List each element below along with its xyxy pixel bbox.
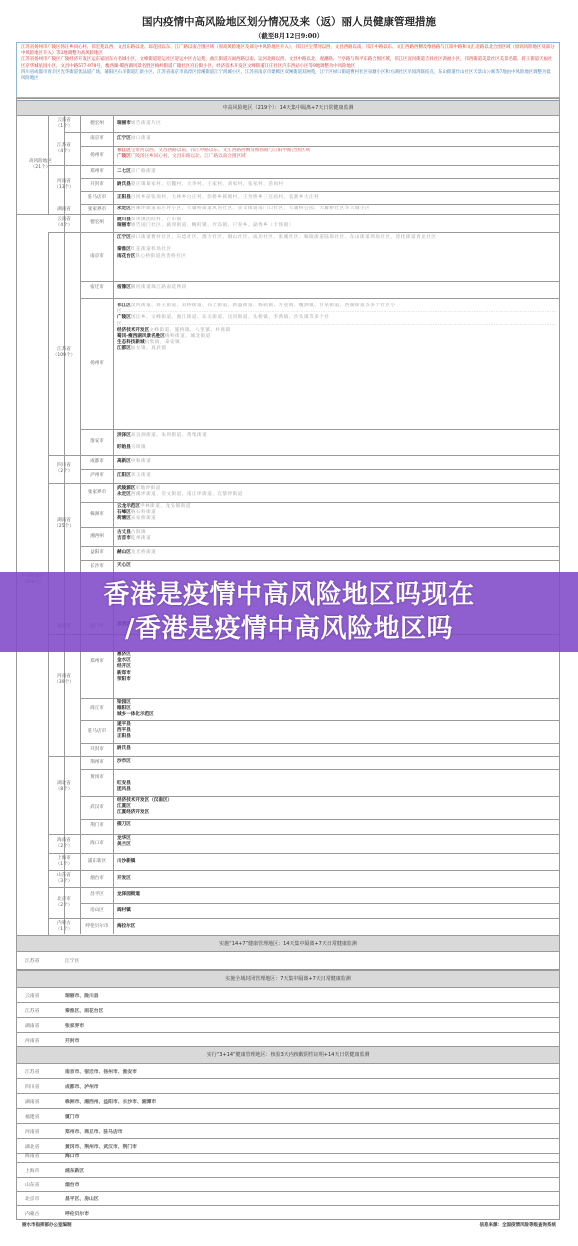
city-cell: 驻马店市 (81, 721, 113, 743)
caption-line-2: /香港是疫情中高风险地区吗 (125, 612, 453, 646)
city-cell: 湘西州 (81, 528, 113, 546)
city-cell: 昌平区 (81, 888, 113, 902)
area-detail: 海拉尔区 (117, 924, 557, 930)
area-detail: 永定区西溪坪街道南庄坪小区、大庸桥街道风湾社区、崇文街道南门口社区、大庸桥公园、… (117, 206, 557, 212)
area-detail: 宿豫区顺河街道珠江路南延伸段 (117, 285, 557, 291)
row-divider (80, 178, 559, 179)
table-row: 福建省厦门市 (17, 1109, 559, 1124)
city-cell: 扬州市 (81, 147, 113, 165)
city-cell: 益阳市 (81, 547, 113, 559)
area-detail: 高新区中和街道 (117, 459, 557, 465)
area-detail: 正阳县吕河乡前张岗村、大林乡白庄村、彭桥乡韩围村、王勿桥乡三官庙村、袁寨乡大庄村 (117, 195, 557, 201)
province-cell: 云南省 （4个） (48, 215, 80, 231)
row-divider (80, 146, 559, 147)
footer-compiler: 丽水市指挥部办公室编制 (22, 1222, 72, 1228)
area-detail: 云龙示范区学林街道、龙头铺街道石峰区响石岭街道荷塘区宋家桥街道 (117, 504, 557, 523)
row-divider (48, 853, 559, 854)
notice-low-risk-update: 四川省成都市青羊区光华街道优品道广场，蒲阳区石羊街道汇新小区，江苏省南京市高淳区… (21, 70, 555, 82)
area-detail: 红安县团风县 (117, 781, 557, 793)
row-divider (80, 469, 559, 470)
city-cell: 扬州市 (81, 299, 113, 429)
area-detail: 掇刀区 (117, 822, 557, 828)
city-cell: 商丘市 (81, 699, 113, 719)
area-detail: 尉氏县 (117, 746, 557, 752)
city-cell: 株洲市 (81, 503, 113, 527)
city-cell: 荆州市 (81, 757, 113, 769)
area-detail: 江阳区邻玉街道 (117, 473, 557, 479)
row-divider (80, 527, 559, 528)
notice-high-risk-update: 江苏省扬州市广陵区汤汪乡同心村、邗宏苑以西、文昌东路以北、琼花园以东、江广路以南… (21, 45, 555, 57)
province-cell: 北京市 （2个） (48, 888, 80, 918)
area-detail: 古丈县古阳镇吉首市乾州街道 (117, 530, 557, 542)
area-detail: 邗江区宝带河以西、文昌西路以南、邗江中路以东、文汇西路西侧及维扬路与江阳中路合围… (117, 148, 557, 160)
document-title: 国内疫情中高风险地区划分情况及来（返）丽人员健康管理措施 (0, 14, 578, 29)
area-detail: 遂平县西平县正阳县 (117, 722, 557, 741)
province-cell: 江苏省 （109个） (48, 233, 80, 473)
row-divider (80, 281, 559, 282)
column-divider (113, 116, 114, 934)
area-detail: 经济技术开发区（汉南区）江夏区江夏经济开发区 (117, 798, 557, 817)
row-divider (80, 502, 559, 503)
table-row: 河南省郑州市、商丘市、驻马店市 (17, 1124, 559, 1139)
province-cell: 江苏省 （4个） (48, 133, 80, 165)
city-cell: 开封市 (81, 179, 113, 191)
city-cell: 浦东新区 (81, 854, 113, 870)
table-row: 湖南省张家界市 (17, 1018, 559, 1033)
row-divider (80, 769, 559, 770)
city-cell: 南京市 (81, 233, 113, 281)
area-detail: 洪泽区高良涧街道、朱坝街道、黄集街道盱眙县马坝镇 (117, 433, 557, 452)
city-cell: 宿迁市 (81, 282, 113, 294)
footer-source: 信息来源：全国疫情风险等级查询系统 (480, 1222, 557, 1228)
row-divider (80, 796, 559, 797)
row-divider (48, 834, 559, 835)
city-cell: 海口市 (81, 835, 113, 853)
province-cell: 湖南省 (48, 205, 80, 215)
area-detail: 沙市区 (117, 759, 557, 765)
city-cell: 郑州市 (81, 166, 113, 178)
area-detail: 天心区 (117, 563, 557, 569)
city-cell: 黄冈市 (81, 770, 113, 786)
area-detail: 陇川县章凤镇团结村、芒市镇瑞丽市姐告国门社区、勐卯街道、畹町镇、弄岛镇、户育乡、… (117, 217, 557, 229)
table-row: 北京市昌平区、房山区 (17, 1192, 559, 1206)
row-divider (48, 756, 559, 757)
area-detail: 阎村镇 (117, 908, 557, 914)
area-detail: 江宁区禄口街道 (117, 136, 557, 142)
row-divider (80, 204, 559, 205)
section-header-mid-high: 中高风险地区（219个）：14天集中隔离+7天日常健康监测 (17, 100, 559, 116)
city-cell: 驻马店市 (81, 192, 113, 204)
province-cell: 上海市 （1个） (48, 854, 80, 870)
row-divider (80, 903, 559, 904)
caption-line-1: 香港是疫情中高风险地区吗现在 (103, 578, 474, 612)
city-cell: 德宏州 (81, 116, 113, 132)
table-row: 江苏省 江宁区 (17, 952, 559, 970)
row-divider (64, 132, 559, 133)
city-cell: 张家界市 (81, 205, 113, 215)
province-cell: 山东省 （3个） (48, 871, 80, 887)
caption-overlay-banner: 香港是疫情中高风险地区吗现在 /香港是疫情中高风险地区吗 (0, 572, 578, 652)
city-cell: 南京市 (81, 133, 113, 145)
document-page: 国内疫情中高风险地区划分情况及来（返）丽人员健康管理措施 （截至8月12日9:0… (0, 0, 578, 1246)
city-cell: 荆门市 (81, 820, 113, 832)
area-detail: 惠济区金水区经开区新郑市荥阳市 (117, 652, 557, 683)
section-header-14-7: 实施“14+7”健康管理地区：14天集中隔离+7天日常健康监测 (17, 935, 559, 952)
row-divider (48, 918, 559, 919)
area-detail: 川沙新镇 (117, 859, 557, 865)
row-divider (80, 720, 559, 721)
column-divider (48, 116, 49, 214)
province-cell: 湖北省 （8个） (48, 757, 80, 817)
city-cell: 郑州市 (81, 652, 113, 672)
area-detail: 瑞丽市姐告街道片区 (117, 121, 557, 127)
province-cell: 四川省 （2个） (48, 456, 80, 482)
section-header-3-14: 实行“3+14”健康管理地区：核验3天内核酸阴性证明+14天日常健康监测 (17, 1046, 559, 1064)
row-divider (48, 232, 559, 233)
province-cell: 内蒙古 （1个） (48, 919, 80, 935)
row-divider (48, 483, 559, 484)
table-row: 山东省烟台市 (17, 1178, 559, 1192)
area-detail: 龙华区美兰区 (117, 836, 557, 848)
city-cell: 呼伦贝尔市 (81, 919, 113, 935)
row-divider (48, 887, 559, 888)
table-row: 海南省海口市 (17, 1148, 559, 1163)
section-header-lockdown: 实施全域封闭管理地区：7天集中隔离+7天日常健康监测 (17, 970, 559, 988)
row-divider (80, 560, 559, 561)
row-divider (80, 298, 559, 299)
city-cell: 成都市 (81, 456, 113, 468)
province-cell: 河南省 （13个） (48, 166, 80, 204)
area-detail: 开发区 (117, 876, 557, 882)
area-detail: 龙泽园街道 (117, 892, 557, 898)
province-cell: 湖南省 （25个） (48, 484, 80, 564)
table-row: 江苏省南京市、宿迁市、扬州市、淮安市 (17, 1064, 559, 1079)
table-row: 湖南省株洲市、湘西州、益阳市、长沙市、湘潭市 (17, 1094, 559, 1109)
city-cell: 淮安市 (81, 430, 113, 454)
area-detail: 邗江区汊河街道、蒋王街道、双桥街道、邗上街道、新盛街道、杨庙镇、方巷镇、槐泗镇、… (117, 303, 557, 428)
area-detail: 武陵源区军地坪街道永定区西溪坪街道、崇文街道、南庄坪街道、官黎坪街道 (117, 486, 557, 498)
document-subtitle: （截至8月12日9:00） (0, 31, 578, 40)
city-cell: 房山区 (81, 904, 113, 918)
row-divider (48, 870, 559, 871)
area-detail: 二七区京广路街道 (117, 169, 557, 175)
row-divider (80, 819, 559, 820)
row-divider (80, 743, 559, 744)
update-notice: 江苏省扬州市广陵区汤汪乡同心村、邗宏苑以西、文昌东路以北、琼花园以东、江广路以南… (16, 42, 560, 98)
row-divider (80, 191, 559, 192)
city-cell: 德宏州 (81, 215, 113, 231)
row-divider (80, 546, 559, 547)
row-divider (80, 429, 559, 430)
city-cell: 泸州市 (81, 470, 113, 482)
table-row: 江苏省秦淮区、雨花台区 (17, 1003, 559, 1018)
area-detail: 梁园区睢阳区城乡一体化示范区 (117, 700, 557, 719)
table-row: 上海市浦东新区 (17, 1163, 559, 1178)
notice-mid-risk-update: 江苏省扬州市广陵区广陵经济开发区运东家园东方名城小区，文峰街道迎运社区迎运中区古… (21, 57, 555, 69)
table-row: 四川省成都市、泸州市 (17, 1079, 559, 1094)
city-cell: 武汉市 (81, 797, 113, 819)
table-row: 内蒙古呼伦贝尔市 (17, 1206, 559, 1220)
row-divider (80, 698, 559, 699)
area-detail: 尉氏县蔡庄镇葛家村、后魏村、大李村、王家村、刘家村、张家村、苗岗村 (117, 182, 557, 188)
city-cell: 烟台市 (81, 871, 113, 887)
row-divider (48, 165, 559, 166)
province-cell: 云南省 （1个） (48, 116, 80, 132)
row-divider (48, 455, 559, 456)
province-cell: 海南省 （2个） (48, 835, 80, 853)
area-detail: 赫山区龙光桥街道 (117, 550, 557, 556)
city-cell: 张家界市 (81, 484, 113, 502)
city-cell: 开封市 (81, 744, 113, 756)
area-detail: 江宁区禄口街道曹村社区、石埝社区、群力社区、铜山社区、成功社区、张溪社区；秣陵街… (117, 235, 557, 260)
table-row: 云南省瑞丽市、陇川县 (17, 988, 559, 1003)
